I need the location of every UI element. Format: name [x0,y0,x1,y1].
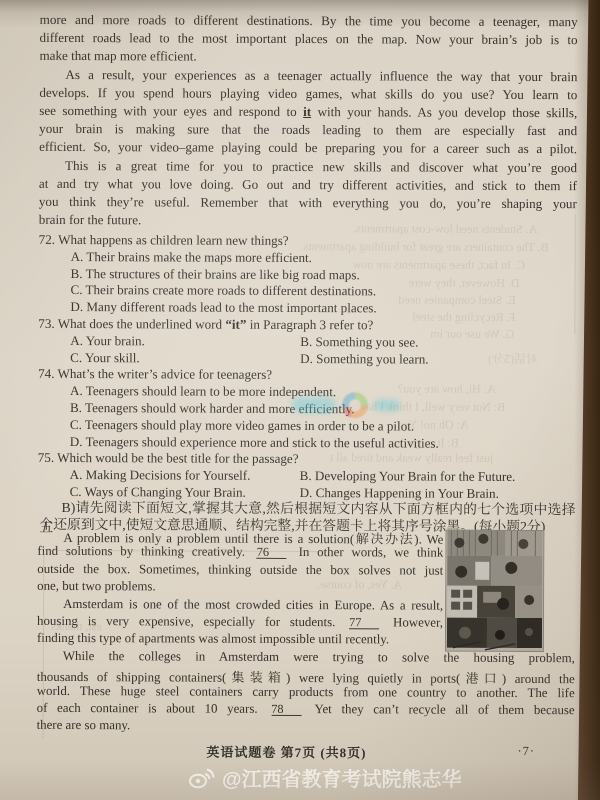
fill-in-blank: 76 [257,546,287,559]
text-segment: of each container is about 10 years. [37,701,268,716]
text-line: As a result, your experiences as a teena… [39,66,577,87]
text-segment: This is a great time for you to practice… [65,157,577,174]
reverse-side-bleedthrough: A. Students need low-cost apartments.B. … [2,0,600,1]
bleedthrough-text: est, thanks [51,619,102,634]
weibo-watermark: @江西省教育考试院熊志华 [188,763,462,792]
answer-option: B. Developing Your Brain for the Future. [300,468,516,484]
text-line: your brain is making sure that the roads… [39,121,577,142]
answer-option: C. Your skill. [70,350,300,367]
text-segment: 72. What happens as children learn new t… [39,232,289,248]
fill-in-blank: 78 [271,703,301,716]
exam-paper-sheet: more and more roads to different destina… [0,0,600,800]
bleedthrough-text: A. Yes, of course. [317,577,402,592]
text-segment: at and try what you love doing. Go out a… [39,176,577,193]
text-segment: more and more roads to different destina… [40,12,578,29]
bleedthrough-text: F. Recycling the steel [412,309,515,324]
bleedthrough-text: A. Students need low-cost apartments. [353,221,538,237]
bleedthrough-text: G. We use our im [430,327,514,342]
text-segment: However, [383,615,443,629]
text-line: more and more roads to different destina… [40,12,578,33]
answer-option: B. Something you see. [300,334,418,350]
text-segment: As a result, your experiences as a teena… [65,67,577,84]
answer-option: A. Your brain. [70,333,300,350]
text-line: you think they’re useful. Remember that … [39,194,577,215]
exam-site-logo-wordmark [292,397,336,413]
text-segment: with your hands. As you develop those sk… [311,104,577,120]
text-line: different roads lead to the most importa… [40,30,578,51]
text-segment: one, but two problems. [37,579,156,594]
text-segment: C. Their brains create more roads to dif… [70,282,376,298]
answer-option: A. Making Decisions for Yourself. [70,467,300,484]
footer-title: 英语试题卷 第7页 (共8页) [206,745,366,761]
text-segment: “it” [225,317,246,332]
text-line: at and try what you love doing. Go out a… [39,176,577,197]
text-segment: Yet they can’t recycle all of them becau… [305,702,574,717]
text-line: develops. If you spend hours playing vid… [39,85,577,106]
weibo-icon [188,766,215,789]
text-segment: find solutions by thinking creatively. [37,544,253,559]
text-line: efficient. So, your video–game playing c… [39,139,577,160]
text-segment: your brain is making sure that the roads… [39,121,577,138]
text-line: make that map more efficient. [39,48,577,69]
text-segment: develops. If you spend hours playing vid… [39,85,577,102]
cloze-passage-b: A problem is only a problem until there … [37,527,576,738]
text-segment: A. Their brains make the maps more effic… [71,249,312,265]
text-line: Amsterdam is one of the most crowded cit… [37,596,443,615]
text-line: A problem is only a problem until there … [37,527,443,546]
text-segment: D. Teenagers should experience more and … [70,434,439,451]
text-segment: In other words, we think [291,545,444,560]
text-segment: efficient. So, your video–game playing c… [39,139,577,156]
text-line: see something with your eyes and respond… [39,103,577,124]
text-segment: in Paragraph 3 refer to? [246,317,373,333]
bleedthrough-text: E. Steel companies need [398,292,515,308]
answer-option: D. Something you learn. [300,351,428,367]
text-segment: make that map more efficient. [39,48,196,64]
text-segment: outside the box. Sometimes, thinking out… [37,562,443,578]
reading-passage-a: more and more roads to different destina… [39,12,578,233]
text-segment: 74. What’s the writer’s advice for teena… [38,366,272,382]
bleedthrough-text: B. The containers are great for building… [301,239,549,255]
passage-b-full-width: While the colleges in Amsterdam were try… [37,649,575,738]
weibo-handle: @江西省教育考试院熊志华 [222,763,462,792]
text-segment: different roads lead to the most importa… [40,30,578,47]
bleedthrough-text: just feel really weak and tired all t [330,450,494,466]
text-line: find solutions by thinking creatively. 7… [37,544,443,563]
text-line: This is a great time for you to practice… [39,157,577,178]
bleedthrough-text: D. However, they were [408,275,519,290]
fill-in-blank: 77 [349,616,379,629]
shipping-containers-photo [445,530,545,652]
bleedthrough-text: B: Not very well, I think I hav [360,399,505,415]
text-segment: brain for the future. [39,212,142,227]
text-segment: there are so many. [37,718,131,732]
text-segment: D. Many different roads lead to the most… [70,299,376,315]
text-segment: world. These huge steel containers carry… [37,683,575,699]
text-segment: it [303,104,311,119]
text-segment: Amsterdam is one of the most crowded cit… [63,597,443,613]
text-segment: you think they’re useful. Remember that … [39,194,577,211]
text-segment: 73. What does the underlined word [38,316,225,332]
bleedthrough-text: A: Hi, how are you? [398,381,496,396]
text-line: there are so many. [37,718,575,738]
text-segment: 75. Which would be the best title for th… [38,450,299,466]
bleedthrough-text: 对话(5分) [488,350,538,367]
bleedthrough-text: A: Oh no! You [398,417,469,432]
text-segment: B. The structures of their brains are li… [71,266,360,282]
page-footer: 英语试题卷 第7页 (共8页) [0,741,575,763]
text-segment: see something with your eyes and respond… [39,103,303,119]
page-number-corner: ·7· [517,744,535,759]
bleedthrough-text: C. In fact, these apartments are now [353,257,526,273]
bleedthrough-text: B: It might be [392,435,459,450]
